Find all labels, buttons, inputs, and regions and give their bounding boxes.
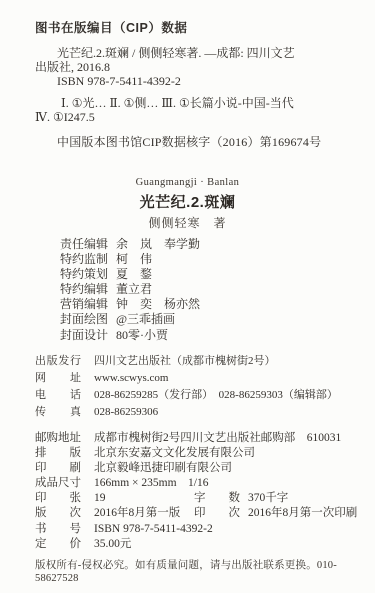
printing-row: 成品尺寸 166mm × 235mm 1/16 (35, 476, 357, 491)
credit-row: 封面设计 80零·小贾 (60, 328, 200, 343)
credit-label: 封面绘图 (60, 312, 108, 327)
publisher-label: 电话 (35, 387, 81, 404)
credit-label: 特约编辑 (60, 282, 108, 297)
printing-value: 370千字 (248, 491, 288, 506)
credit-value: 钟 奕 杨亦然 (116, 297, 200, 312)
fax-value: 028-86259306 (94, 404, 158, 421)
price-value: 35.00元 (94, 537, 131, 552)
cip-block: 图书在版编目（CIP）数据 光芒纪.2.斑斓 / 侧侧轻寒著. —成都: 四川文… (35, 20, 361, 150)
printing-row: 邮购地址 成都市槐树街2号四川文艺出版社邮购部 610031 (35, 431, 357, 446)
printing-label: 书号 (35, 522, 81, 537)
book-author: 侧侧轻寒 著 (0, 215, 375, 231)
title-pinyin: Guangmangji · Banlan (0, 176, 375, 189)
publisher-label: 出版发行 (35, 353, 81, 370)
publisher-row: 传真 028-86259306 (35, 404, 338, 421)
credit-row: 营销编辑 钟 奕 杨亦然 (60, 297, 200, 312)
printing-row: 定价 35.00元 (35, 537, 357, 552)
credit-row: 封面绘图 @三乖插画 (60, 312, 200, 327)
publisher-row: 出版发行 四川文艺出版社（成都市槐树街2号） (35, 353, 338, 370)
cip-classification: Ⅰ. ①光… Ⅱ. ①侧… Ⅲ. ①长篇小说-中国-当代 Ⅳ. ①I247.5 (35, 97, 361, 125)
credit-row: 特约策划 夏 鍪 (60, 267, 200, 282)
credit-label: 特约策划 (60, 267, 108, 282)
printing-row: 版次 2016年8月第一版 印次 2016年8月第一次印刷 (35, 506, 357, 521)
printing-value: 19 (94, 491, 194, 506)
credit-label: 营销编辑 (60, 297, 108, 312)
book-number-value: ISBN 978-7-5411-4392-2 (94, 522, 213, 537)
printing-value: 北京东安嘉文文化发展有限公司 (94, 446, 255, 461)
credit-row: 特约编辑 董立君 (60, 282, 200, 297)
printing-label: 成品尺寸 (35, 476, 81, 491)
credit-label: 封面设计 (60, 328, 108, 343)
classification-line: Ⅳ. ①I247.5 (35, 111, 361, 125)
classification-line: Ⅰ. ①光… Ⅱ. ①侧… Ⅲ. ①长篇小说-中国-当代 (35, 97, 361, 111)
credit-value: 80零·小贾 (116, 328, 168, 343)
copyright-notice: 版权所有-侵权必究。如有质量问题，请与出版社联系更换。010-58627528 (35, 559, 375, 585)
publisher-row: 电话 028-86259285（发行部） 028-86259303（编辑部） (35, 387, 338, 404)
printing-block: 邮购地址 成都市槐树街2号四川文艺出版社邮购部 610031 排版 北京东安嘉文… (35, 431, 357, 552)
credit-row: 责任编辑 余 岚 奉学勤 (60, 237, 200, 252)
isbn-line: ISBN 978-7-5411-4392-2 (35, 75, 361, 89)
printing-label: 定价 (35, 537, 81, 552)
printing-row: 印张 19 字数 370千字 (35, 491, 357, 506)
printing-label: 印次 (194, 506, 240, 521)
printing-row: 排版 北京东安嘉文文化发展有限公司 (35, 446, 357, 461)
phone-value: 028-86259285（发行部） 028-86259303（编辑部） (94, 387, 338, 404)
publisher-label: 网址 (35, 370, 81, 387)
printing-label: 字数 (194, 491, 240, 506)
publisher-value: 四川文艺出版社（成都市槐树街2号） (94, 353, 276, 370)
printing-label: 版次 (35, 506, 81, 521)
book-title: 光芒纪.2.斑斓 (0, 193, 375, 212)
credit-value: 夏 鍪 (116, 267, 152, 282)
cip-record-line: 中国版本图书馆CIP数据核字（2016）第169674号 (35, 136, 361, 150)
credit-label: 特约监制 (60, 252, 108, 267)
printing-label: 印刷 (35, 461, 81, 476)
website-value: www.scwys.com (94, 370, 168, 387)
credit-value: 柯 伟 (116, 252, 152, 267)
printing-value: 166mm × 235mm 1/16 (94, 476, 208, 491)
printing-row: 印刷 北京毅峰迅捷印刷有限公司 (35, 461, 357, 476)
title-block: Guangmangji · Banlan 光芒纪.2.斑斓 侧侧轻寒 著 (0, 176, 375, 231)
cip-header: 图书在版编目（CIP）数据 (35, 20, 361, 36)
cip-entry-line: 出版社, 2016.8 (35, 61, 361, 75)
printing-value: 2016年8月第一版 (94, 506, 194, 521)
credit-value: @三乖插画 (116, 312, 175, 327)
copyright-page: 图书在版编目（CIP）数据 光芒纪.2.斑斓 / 侧侧轻寒著. —成都: 四川文… (0, 0, 375, 593)
printing-value: 北京毅峰迅捷印刷有限公司 (94, 461, 232, 476)
printing-row: 书号 ISBN 978-7-5411-4392-2 (35, 522, 357, 537)
printing-label: 邮购地址 (35, 431, 81, 446)
credits-block: 责任编辑 余 岚 奉学勤 特约监制 柯 伟 特约策划 夏 鍪 特约编辑 董立君 … (60, 237, 200, 343)
printing-label: 排版 (35, 446, 81, 461)
printing-value: 2016年8月第一次印刷 (248, 506, 357, 521)
credit-label: 责任编辑 (60, 237, 108, 252)
publisher-row: 网址 www.scwys.com (35, 370, 338, 387)
printing-value: 成都市槐树街2号四川文艺出版社邮购部 610031 (94, 431, 341, 446)
cip-entry: 光芒纪.2.斑斓 / 侧侧轻寒著. —成都: 四川文艺 出版社, 2016.8 … (35, 47, 361, 88)
cip-entry-line: 光芒纪.2.斑斓 / 侧侧轻寒著. —成都: 四川文艺 (35, 47, 361, 61)
credit-value: 余 岚 奉学勤 (116, 237, 200, 252)
publisher-label: 传真 (35, 404, 81, 421)
printing-label: 印张 (35, 491, 81, 506)
publisher-block: 出版发行 四川文艺出版社（成都市槐树街2号） 网址 www.scwys.com … (35, 353, 338, 421)
credit-row: 特约监制 柯 伟 (60, 252, 200, 267)
credit-value: 董立君 (116, 282, 152, 297)
